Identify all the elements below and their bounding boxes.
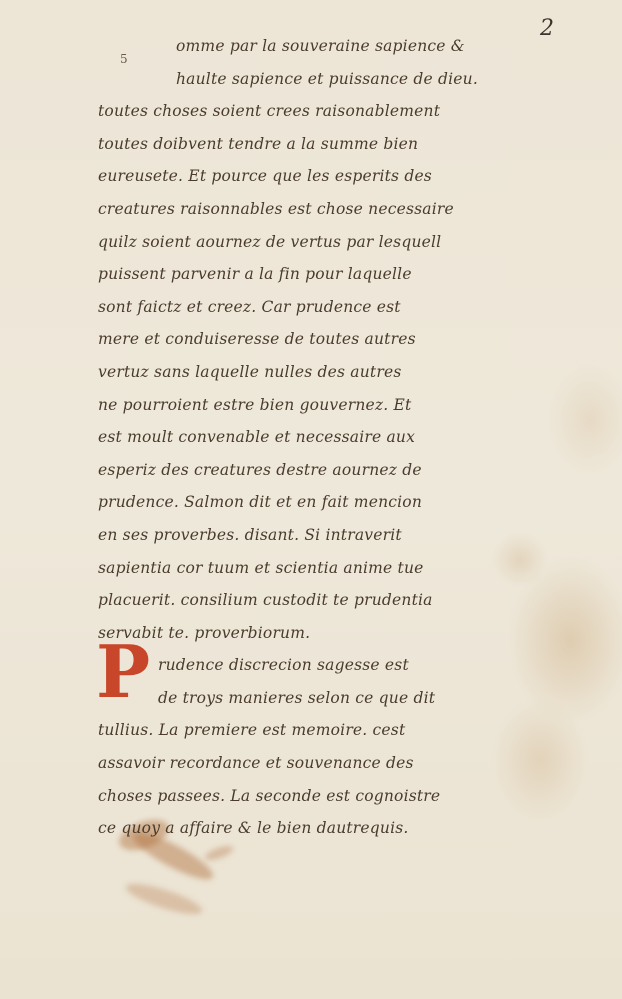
text-line: haulte sapience et puissance de dieu.: [98, 63, 528, 96]
text-line: omme par la souveraine sapience &: [98, 30, 528, 63]
text-line: toutes doibvent tendre a la summe bien: [98, 128, 528, 161]
manuscript-page: 2 5 P omme par la souveraine sapience & …: [0, 0, 622, 999]
text-line: rudence discrecion sagesse est: [98, 649, 528, 682]
text-line: sapientia cor tuum et scientia anime tue: [98, 552, 528, 585]
text-line: ne pourroient estre bien gouvernez. Et: [98, 389, 528, 422]
text-line: tullius. La premiere est memoire. cest: [98, 714, 528, 747]
folio-number: 2: [540, 16, 554, 41]
manuscript-text: omme par la souveraine sapience & haulte…: [98, 30, 528, 845]
text-line: ce quoy a affaire & le bien dautrequis.: [98, 812, 528, 845]
text-line: prudence. Salmon dit et en fait mencion: [98, 486, 528, 519]
text-line: creatures raisonnables est chose necessa…: [98, 193, 528, 226]
stain: [203, 843, 235, 863]
text-line: servabit te. proverbiorum.: [98, 617, 528, 650]
text-line: esperiz des creatures destre aournez de: [98, 454, 528, 487]
text-line: assavoir recordance et souvenance des: [98, 747, 528, 780]
text-line: quilz soient aournez de vertus par lesqu…: [98, 226, 528, 259]
text-line: est moult convenable et necessaire aux: [98, 421, 528, 454]
text-line: vertuz sans laquelle nulles des autres: [98, 356, 528, 389]
text-line: de troys manieres selon ce que dit: [98, 682, 528, 715]
text-line: toutes choses soient crees raisonablemen…: [98, 95, 528, 128]
stain: [123, 878, 205, 920]
text-line: placuerit. consilium custodit te prudent…: [98, 584, 528, 617]
text-line: eureusete. Et pource que les esperits de…: [98, 160, 528, 193]
text-line: en ses proverbes. disant. Si intraverit: [98, 519, 528, 552]
text-line: puissent parvenir a la fin pour laquelle: [98, 258, 528, 291]
text-line: sont faictz et creez. Car prudence est: [98, 291, 528, 324]
text-line: choses passees. La seconde est cognoistr…: [98, 780, 528, 813]
text-line: mere et conduiseresse de toutes autres: [98, 323, 528, 356]
